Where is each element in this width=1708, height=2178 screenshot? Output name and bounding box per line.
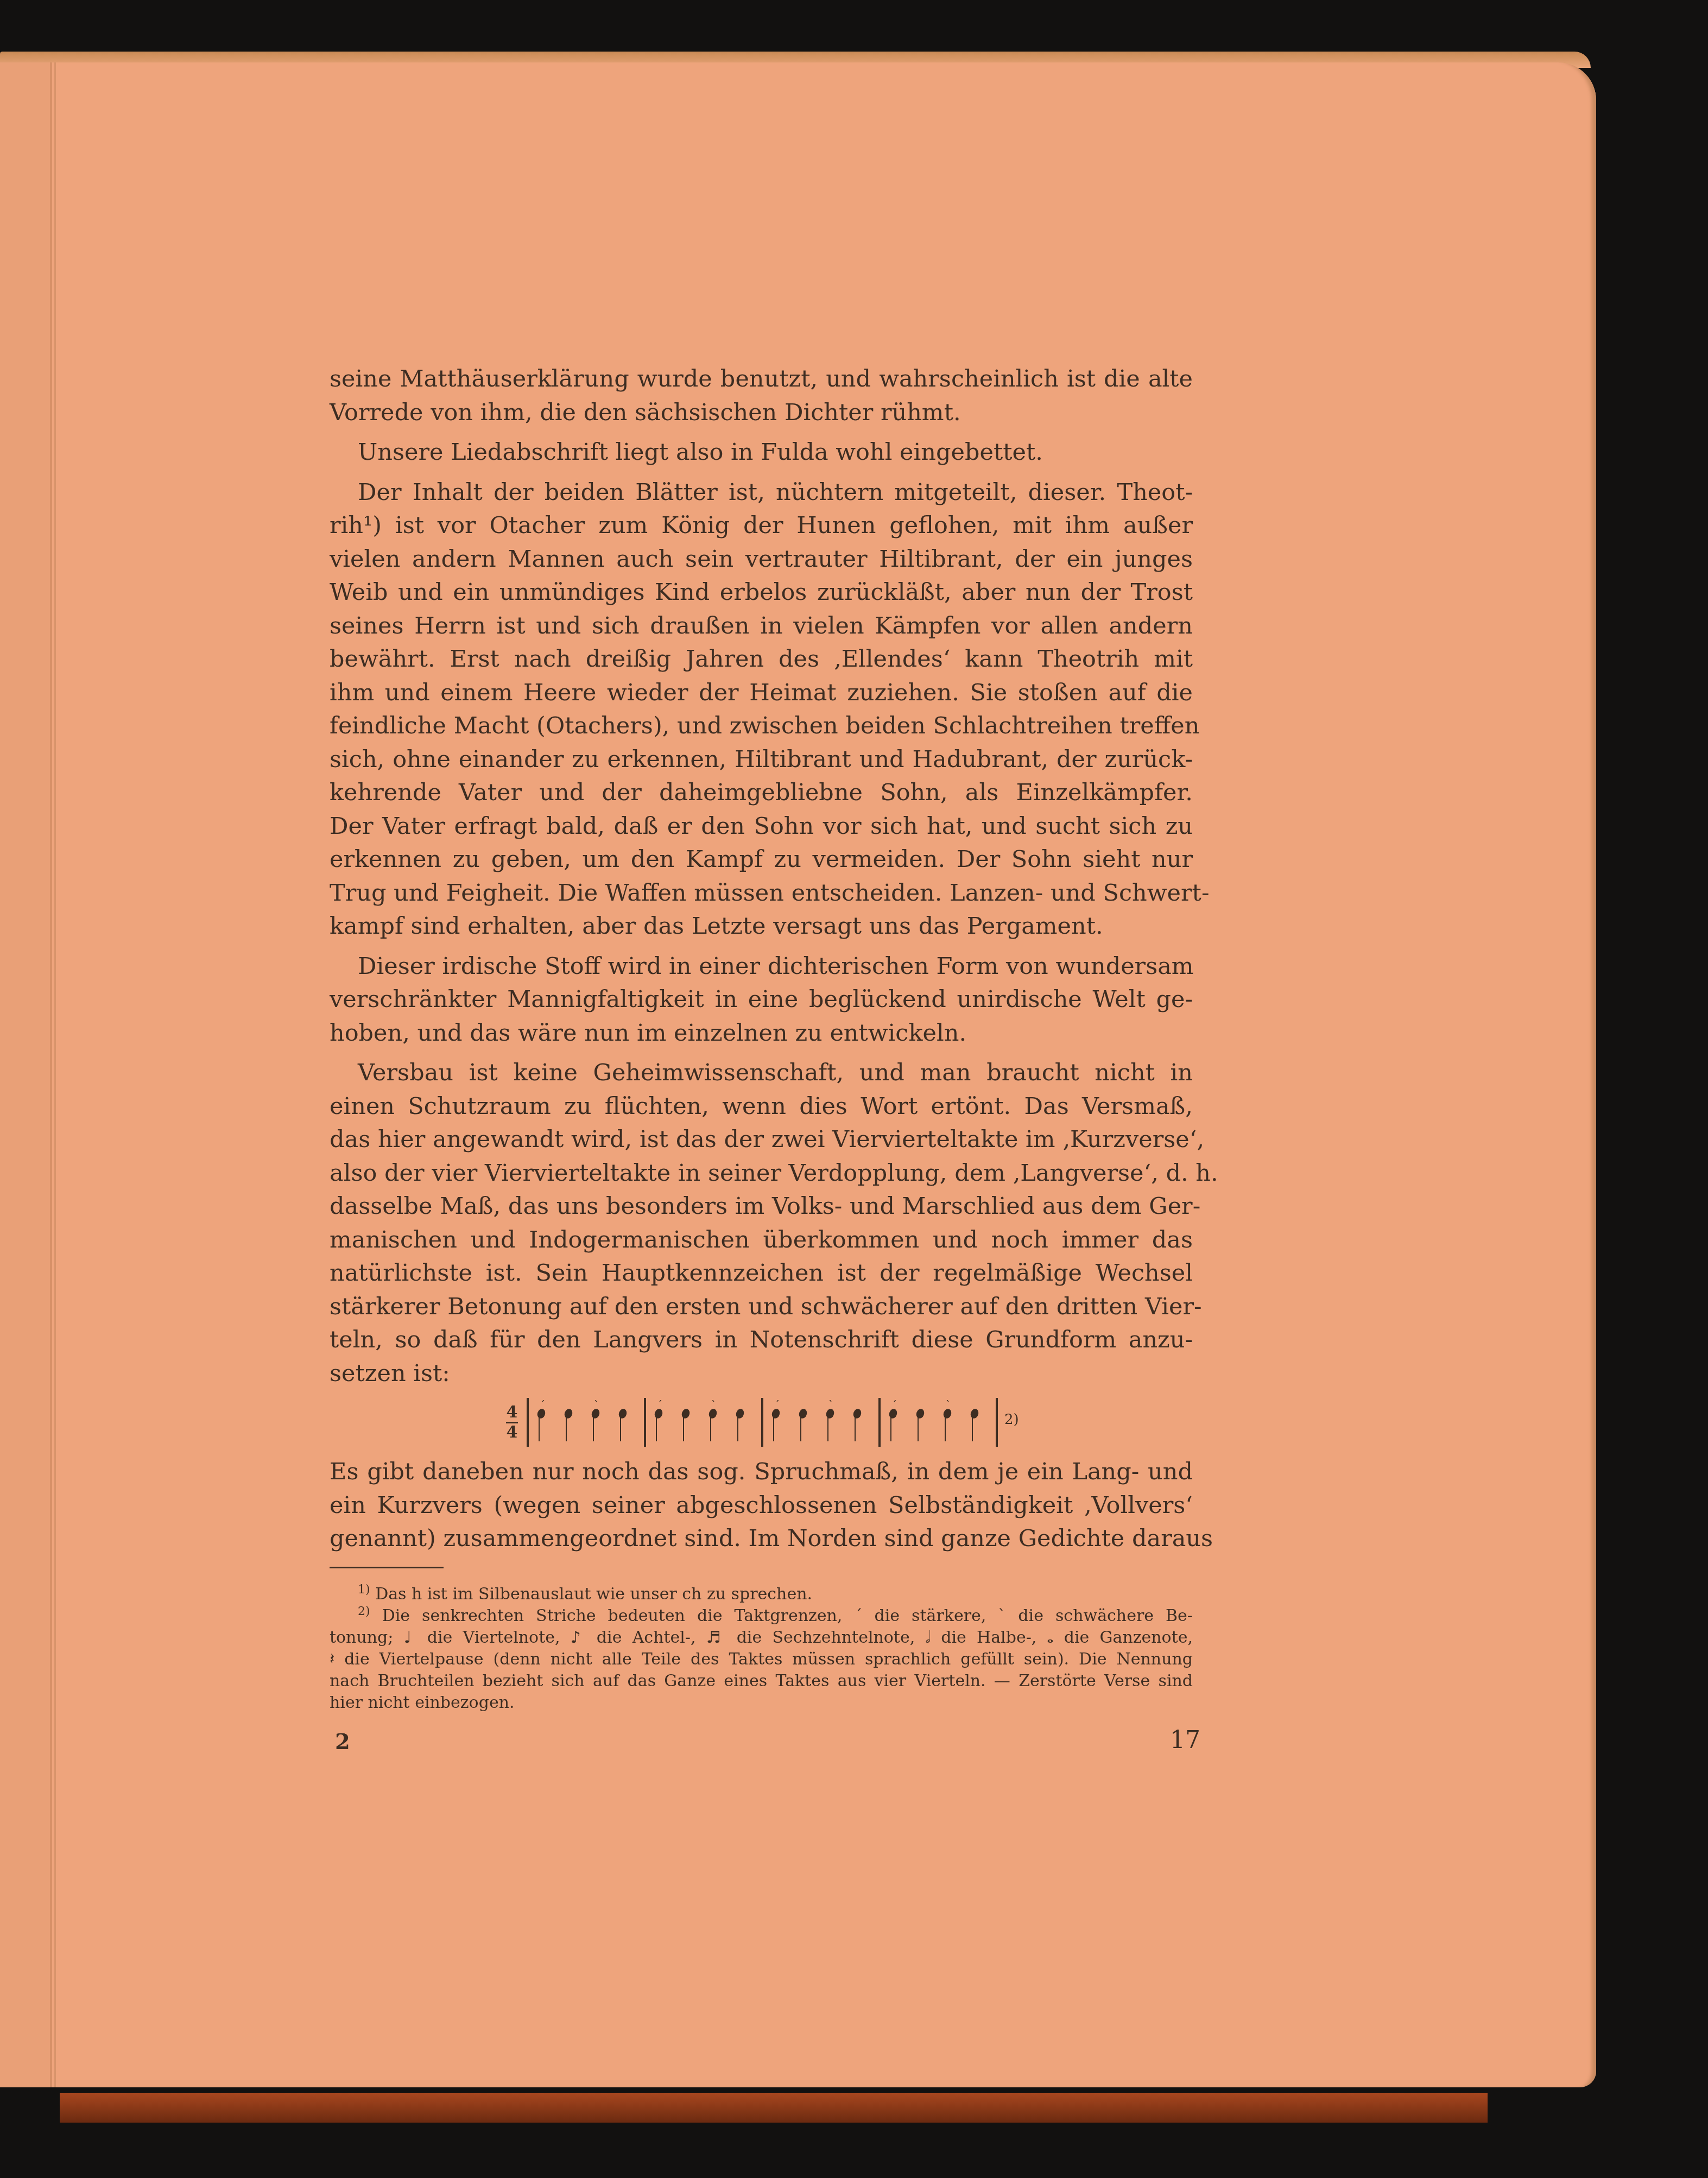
footnote-marker: 2) (358, 1605, 370, 1618)
text-line: verschränkter Mannigfaltigkeit in eine b… (330, 983, 1193, 1017)
text-line: Trug und Feigheit. Die Waffen müssen ent… (330, 877, 1193, 910)
music-notation-langvers: 4 4 ´ ` ´ ` ´ ` ´ ` 2) (506, 1397, 1193, 1448)
text-line: Vorrede von ihm, die den sächsischen Dic… (330, 396, 1193, 430)
barline (644, 1398, 646, 1447)
text-line: feindliche Macht (Otachers), und zwische… (330, 710, 1193, 743)
quarter-note-icon: ` (821, 1403, 848, 1441)
footnote-1: 1) Das h ist im Silbenauslaut wie unser … (330, 1584, 1193, 1605)
text-line: bewährt. Erst nach dreißig Jahren des ‚E… (330, 643, 1193, 676)
footnote-2: 2) Die senkrechten Striche bedeuten die … (330, 1605, 1193, 1714)
text-line: Es gibt daneben nur noch das sog. Spruch… (330, 1455, 1193, 1489)
paragraph-6: Es gibt daneben nur noch das sog. Spruch… (330, 1455, 1193, 1556)
text-line: Dieser irdische Stoff wird in einer dich… (330, 950, 1193, 984)
text-line: seine Matthäuserklärung wurde benutzt, u… (330, 363, 1193, 396)
quarter-note-icon (794, 1403, 821, 1441)
text-line: manischen und Indogermanischen überkomme… (330, 1224, 1193, 1257)
footnotes: 1) Das h ist im Silbenauslaut wie unser … (330, 1584, 1193, 1714)
text-line: ihm und einem Heere wieder der Heimat zu… (330, 676, 1193, 710)
barline (761, 1398, 763, 1447)
paragraph-3: Der Inhalt der beiden Blätter ist, nücht… (330, 476, 1193, 944)
quarter-note-icon: ´ (767, 1403, 794, 1441)
quarter-note-icon: ´ (649, 1403, 676, 1441)
final-barline (996, 1398, 998, 1447)
quarter-note-icon (676, 1403, 704, 1441)
spine-fold (54, 62, 56, 2087)
text-line: ein Kurzvers (wegen seiner abgeschlossen… (330, 1489, 1193, 1523)
left-page-edge (0, 62, 52, 2087)
footnote-text: Die senkrechten Striche bedeuten die Tak… (382, 1606, 1193, 1625)
quarter-note-icon (911, 1403, 938, 1441)
footnote-text: 𝄽 die Viertelpause (denn nicht alle Teil… (330, 1649, 1193, 1670)
text-line: Unsere Liedabschrift liegt also in Fulda… (330, 436, 1193, 470)
signature-mark: 2 (335, 1729, 350, 1755)
text-line: stärkerer Betonung auf den ersten und sc… (330, 1290, 1193, 1324)
quarter-note-icon (613, 1403, 641, 1441)
footnote-text: tonung; ♩ die Viertelnote, ♪ die Achtel-… (330, 1627, 1193, 1649)
text-line: genannt) zusammengeordnet sind. Im Norde… (330, 1522, 1193, 1556)
text-line: setzen ist: (330, 1357, 1193, 1391)
quarter-note-icon: ` (938, 1403, 965, 1441)
barline (527, 1398, 529, 1447)
footnote-divider (330, 1567, 444, 1568)
paragraph-5: Versbau ist keine Geheimwissenschaft, un… (330, 1056, 1193, 1390)
text-line: rih¹) ist vor Otacher zum König der Hune… (330, 509, 1193, 543)
text-line: dasselbe Maß, das uns besonders im Volks… (330, 1190, 1193, 1224)
text-line: seines Herrn ist und sich draußen in vie… (330, 610, 1193, 643)
text-line: einen Schutzraum zu flüchten, wenn dies … (330, 1090, 1193, 1124)
footnote-marker: 1) (358, 1583, 370, 1597)
quarter-note-icon: ´ (884, 1403, 911, 1441)
quarter-note-icon: ` (704, 1403, 731, 1441)
footnote-text: nach Bruchteilen bezieht sich auf das Ga… (330, 1670, 1193, 1692)
text-line: kampf sind erhalten, aber das Letzte ver… (330, 910, 1193, 944)
text-line: kehrende Vater und der daheimgebliebne S… (330, 776, 1193, 810)
time-signature: 4 4 (506, 1404, 518, 1441)
text-line: Der Vater erfragt bald, daß er den Sohn … (330, 810, 1193, 844)
text-line: sich, ohne einander zu erkennen, Hiltibr… (330, 743, 1193, 777)
text-line: also der vier Viervierteltakte in seiner… (330, 1157, 1193, 1191)
text-line: erkennen zu geben, um den Kampf zu verme… (330, 843, 1193, 877)
quarter-note-icon: ` (586, 1403, 613, 1441)
text-line: Weib und ein unmündiges Kind erbelos zur… (330, 576, 1193, 610)
text-line: vielen andern Mannen auch sein vertraute… (330, 543, 1193, 577)
paragraph-2: Unsere Liedabschrift liegt also in Fulda… (330, 436, 1193, 470)
footnote-ref: 2) (1004, 1403, 1019, 1437)
quarter-note-icon: ´ (532, 1403, 559, 1441)
footnote-text: Das h ist im Silbenauslaut wie unser ch … (375, 1585, 812, 1604)
book-cover-bottom-edge (60, 2093, 1488, 2123)
paragraph-4: Dieser irdische Stoff wird in einer dich… (330, 950, 1193, 1050)
quarter-note-icon (559, 1403, 586, 1441)
quarter-note-icon (731, 1403, 758, 1441)
footnote-text: hier nicht einbezogen. (330, 1692, 1193, 1714)
quarter-note-icon (965, 1403, 992, 1441)
text-line: Der Inhalt der beiden Blätter ist, nücht… (330, 476, 1193, 510)
body-text: seine Matthäuserklärung wurde benutzt, u… (330, 363, 1193, 1714)
text-line: natürlichste ist. Sein Hauptkennzeichen … (330, 1257, 1193, 1290)
barline (878, 1398, 881, 1447)
text-line: hoben, und das wäre nun im einzelnen zu … (330, 1017, 1193, 1050)
text-line: das hier angewandt wird, ist das der zwe… (330, 1123, 1193, 1157)
page-number: 17 (1170, 1726, 1200, 1754)
text-line: Versbau ist keine Geheimwissenschaft, un… (330, 1056, 1193, 1090)
quarter-note-icon (848, 1403, 875, 1441)
text-line: teln, so daß für den Langvers in Notensc… (330, 1324, 1193, 1357)
paragraph-1: seine Matthäuserklärung wurde benutzt, u… (330, 363, 1193, 429)
